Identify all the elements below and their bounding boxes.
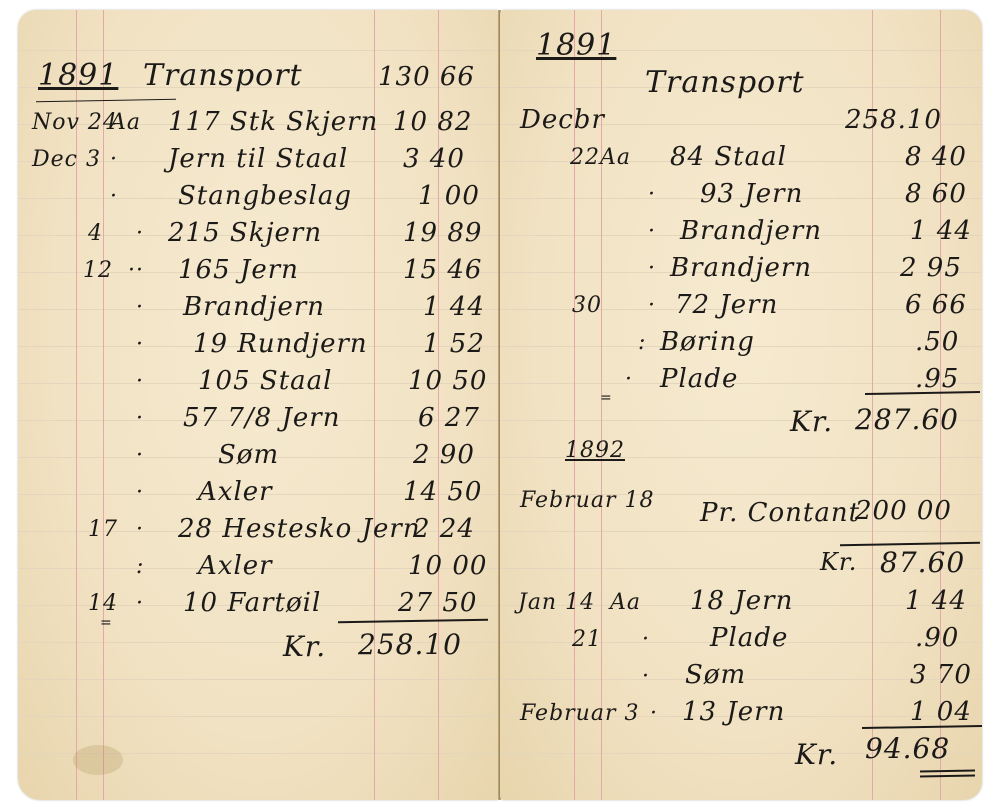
entry-amount: 1 44 (423, 292, 485, 322)
entry-amount: 1 04 (910, 697, 972, 727)
entry-description: 117 Stk Skjern (168, 107, 378, 137)
entry-description: Søm (218, 440, 279, 470)
entry-amount: 10 50 (408, 366, 487, 396)
entry-description: Søm (685, 660, 746, 690)
entry-date: 14 (88, 591, 118, 616)
entry-mark: · (136, 221, 144, 246)
entry-mark: · (136, 443, 144, 468)
entry-mark: · (110, 184, 118, 209)
entry-description: 13 Jern (682, 697, 785, 727)
entry-mark: : (136, 554, 144, 579)
entry-description: 215 Skjern (168, 218, 322, 248)
entry-date: 12 (83, 258, 113, 283)
payment-date: Februar 18 (520, 488, 654, 513)
ditto-mark: = (600, 390, 613, 406)
entry-description: 28 Hestesko Jern (178, 514, 421, 544)
entry-mark: · (136, 295, 144, 320)
entry-amount: 8 40 (905, 142, 967, 172)
ruled-line (500, 383, 982, 384)
entry-amount: 1 44 (910, 216, 972, 246)
double-underline (920, 775, 975, 778)
header-year: 1891 (38, 58, 118, 93)
entry-description: Axler (198, 477, 273, 507)
paper-stain (73, 745, 123, 775)
entry-amount: 15 46 (403, 255, 482, 285)
entry-mark: · (648, 182, 656, 207)
entry-amount: 1 44 (905, 586, 967, 616)
entry-date: 21 (572, 627, 602, 652)
entry-description: 93 Jern (700, 179, 803, 209)
header-underline (36, 99, 176, 102)
header-title: Transport (645, 65, 805, 100)
entry-description: Plade (660, 364, 738, 394)
entry-mark: · (650, 701, 658, 726)
entry-mark: Aa (600, 145, 631, 170)
entry-amount: 8 60 (905, 179, 967, 209)
entry-date: 17 (88, 517, 118, 542)
entry-amount: .95 (915, 364, 959, 394)
entry-date: 4 (88, 221, 103, 246)
entry-mark: · (648, 219, 656, 244)
entry-amount: .50 (915, 327, 959, 357)
right-ledger-page: 1891 Transport Decbr 258.10 22 Aa 84 Sta… (500, 10, 982, 800)
header-title: Transport (143, 58, 303, 93)
entry-amount: 1 00 (418, 181, 480, 211)
ruled-line (18, 716, 500, 717)
entry-amount: 2 24 (413, 514, 475, 544)
total-label: Kr. (795, 738, 838, 771)
entry-description: Axler (198, 551, 273, 581)
entry-description: 18 Jern (690, 586, 793, 616)
entry-mark: ·· (128, 258, 144, 283)
entry-mark: · (136, 406, 144, 431)
balance-label: Kr. (820, 548, 857, 576)
total-label: Kr. (283, 630, 326, 663)
entry-mark: · (136, 517, 144, 542)
entry-mark: · (625, 367, 633, 392)
entry-amount: 1 52 (423, 329, 485, 359)
entry-description: 10 Fartøil (183, 588, 321, 618)
payment-description: Pr. Contant (700, 498, 860, 528)
balance-amount: 87.60 (880, 546, 965, 579)
entry-mark: · (136, 369, 144, 394)
entry-description: 72 Jern (675, 290, 778, 320)
entry-description: Brandjern (680, 216, 822, 246)
double-underline (920, 770, 975, 773)
entry-description: 84 Staal (670, 142, 787, 172)
entry-description: 105 Staal (198, 366, 332, 396)
entry-amount: 3 40 (403, 144, 465, 174)
entry-mark: · (648, 293, 656, 318)
carried-amount: 258.10 (845, 105, 942, 135)
entry-mark: · (136, 591, 144, 616)
total-amount: 94.68 (865, 732, 950, 765)
left-ledger-page: 1891 Transport 130 66 Nov 24 Aa 117 Stk … (18, 10, 500, 800)
entry-description: Børing (660, 327, 755, 357)
entry-amount: 10 82 (393, 107, 472, 137)
entry-mark: · (642, 664, 650, 689)
entry-mark: · (648, 256, 656, 281)
entry-mark: · (642, 627, 650, 652)
entry-amount: 27 50 (398, 588, 477, 618)
payment-amount: 200 00 (855, 496, 952, 526)
year-1892: 1892 (565, 438, 625, 463)
entry-description: Stangbeslag (178, 181, 352, 211)
carried-amount: 130 66 (378, 62, 475, 92)
entry-amount: 10 00 (408, 551, 487, 581)
sum-rule (865, 391, 980, 395)
sum-rule (862, 725, 982, 729)
entry-description: 19 Rundjern (193, 329, 368, 359)
total-amount: 258.10 (358, 628, 462, 661)
entry-mark: Aa (610, 590, 641, 615)
entry-date: 30 (572, 293, 602, 318)
entry-amount: 3 70 (910, 660, 972, 690)
entry-amount: 14 50 (403, 477, 482, 507)
entry-mark: · (110, 147, 118, 172)
entry-amount: 6 27 (418, 403, 480, 433)
entry-date: Jan 14 (518, 590, 595, 615)
entry-mark: : (638, 330, 646, 355)
entry-date: Nov 24 (32, 110, 118, 135)
entry-description: Brandjern (670, 253, 812, 283)
ruled-line (500, 531, 982, 532)
ruled-line (18, 679, 500, 680)
entry-description: 165 Jern (178, 255, 299, 285)
entry-description: 57 7/8 Jern (183, 403, 340, 433)
entry-mark: · (136, 480, 144, 505)
subtotal-label: Kr. (790, 405, 833, 438)
entry-mark: Aa (110, 110, 141, 135)
entry-date: Dec 3 (32, 147, 101, 172)
entry-amount: 19 89 (403, 218, 482, 248)
entry-mark: · (136, 332, 144, 357)
entry-description: Brandjern (183, 292, 325, 322)
ditto-mark: = (100, 615, 113, 631)
entry-amount: 2 90 (413, 440, 475, 470)
entry-amount: 6 66 (905, 290, 967, 320)
entry-amount: 2 95 (900, 253, 962, 283)
sum-rule (338, 619, 488, 624)
ruled-line (18, 50, 500, 51)
entry-date: 22 (570, 145, 600, 170)
entry-description: Plade (710, 623, 788, 653)
entry-amount: .90 (915, 623, 959, 653)
header-year: 1891 (536, 28, 616, 63)
entry-date: Februar 3 (520, 701, 639, 726)
month-label: Decbr (520, 105, 605, 135)
subtotal-amount: 287.60 (855, 403, 959, 436)
entry-description: Jern til Staal (168, 144, 348, 174)
